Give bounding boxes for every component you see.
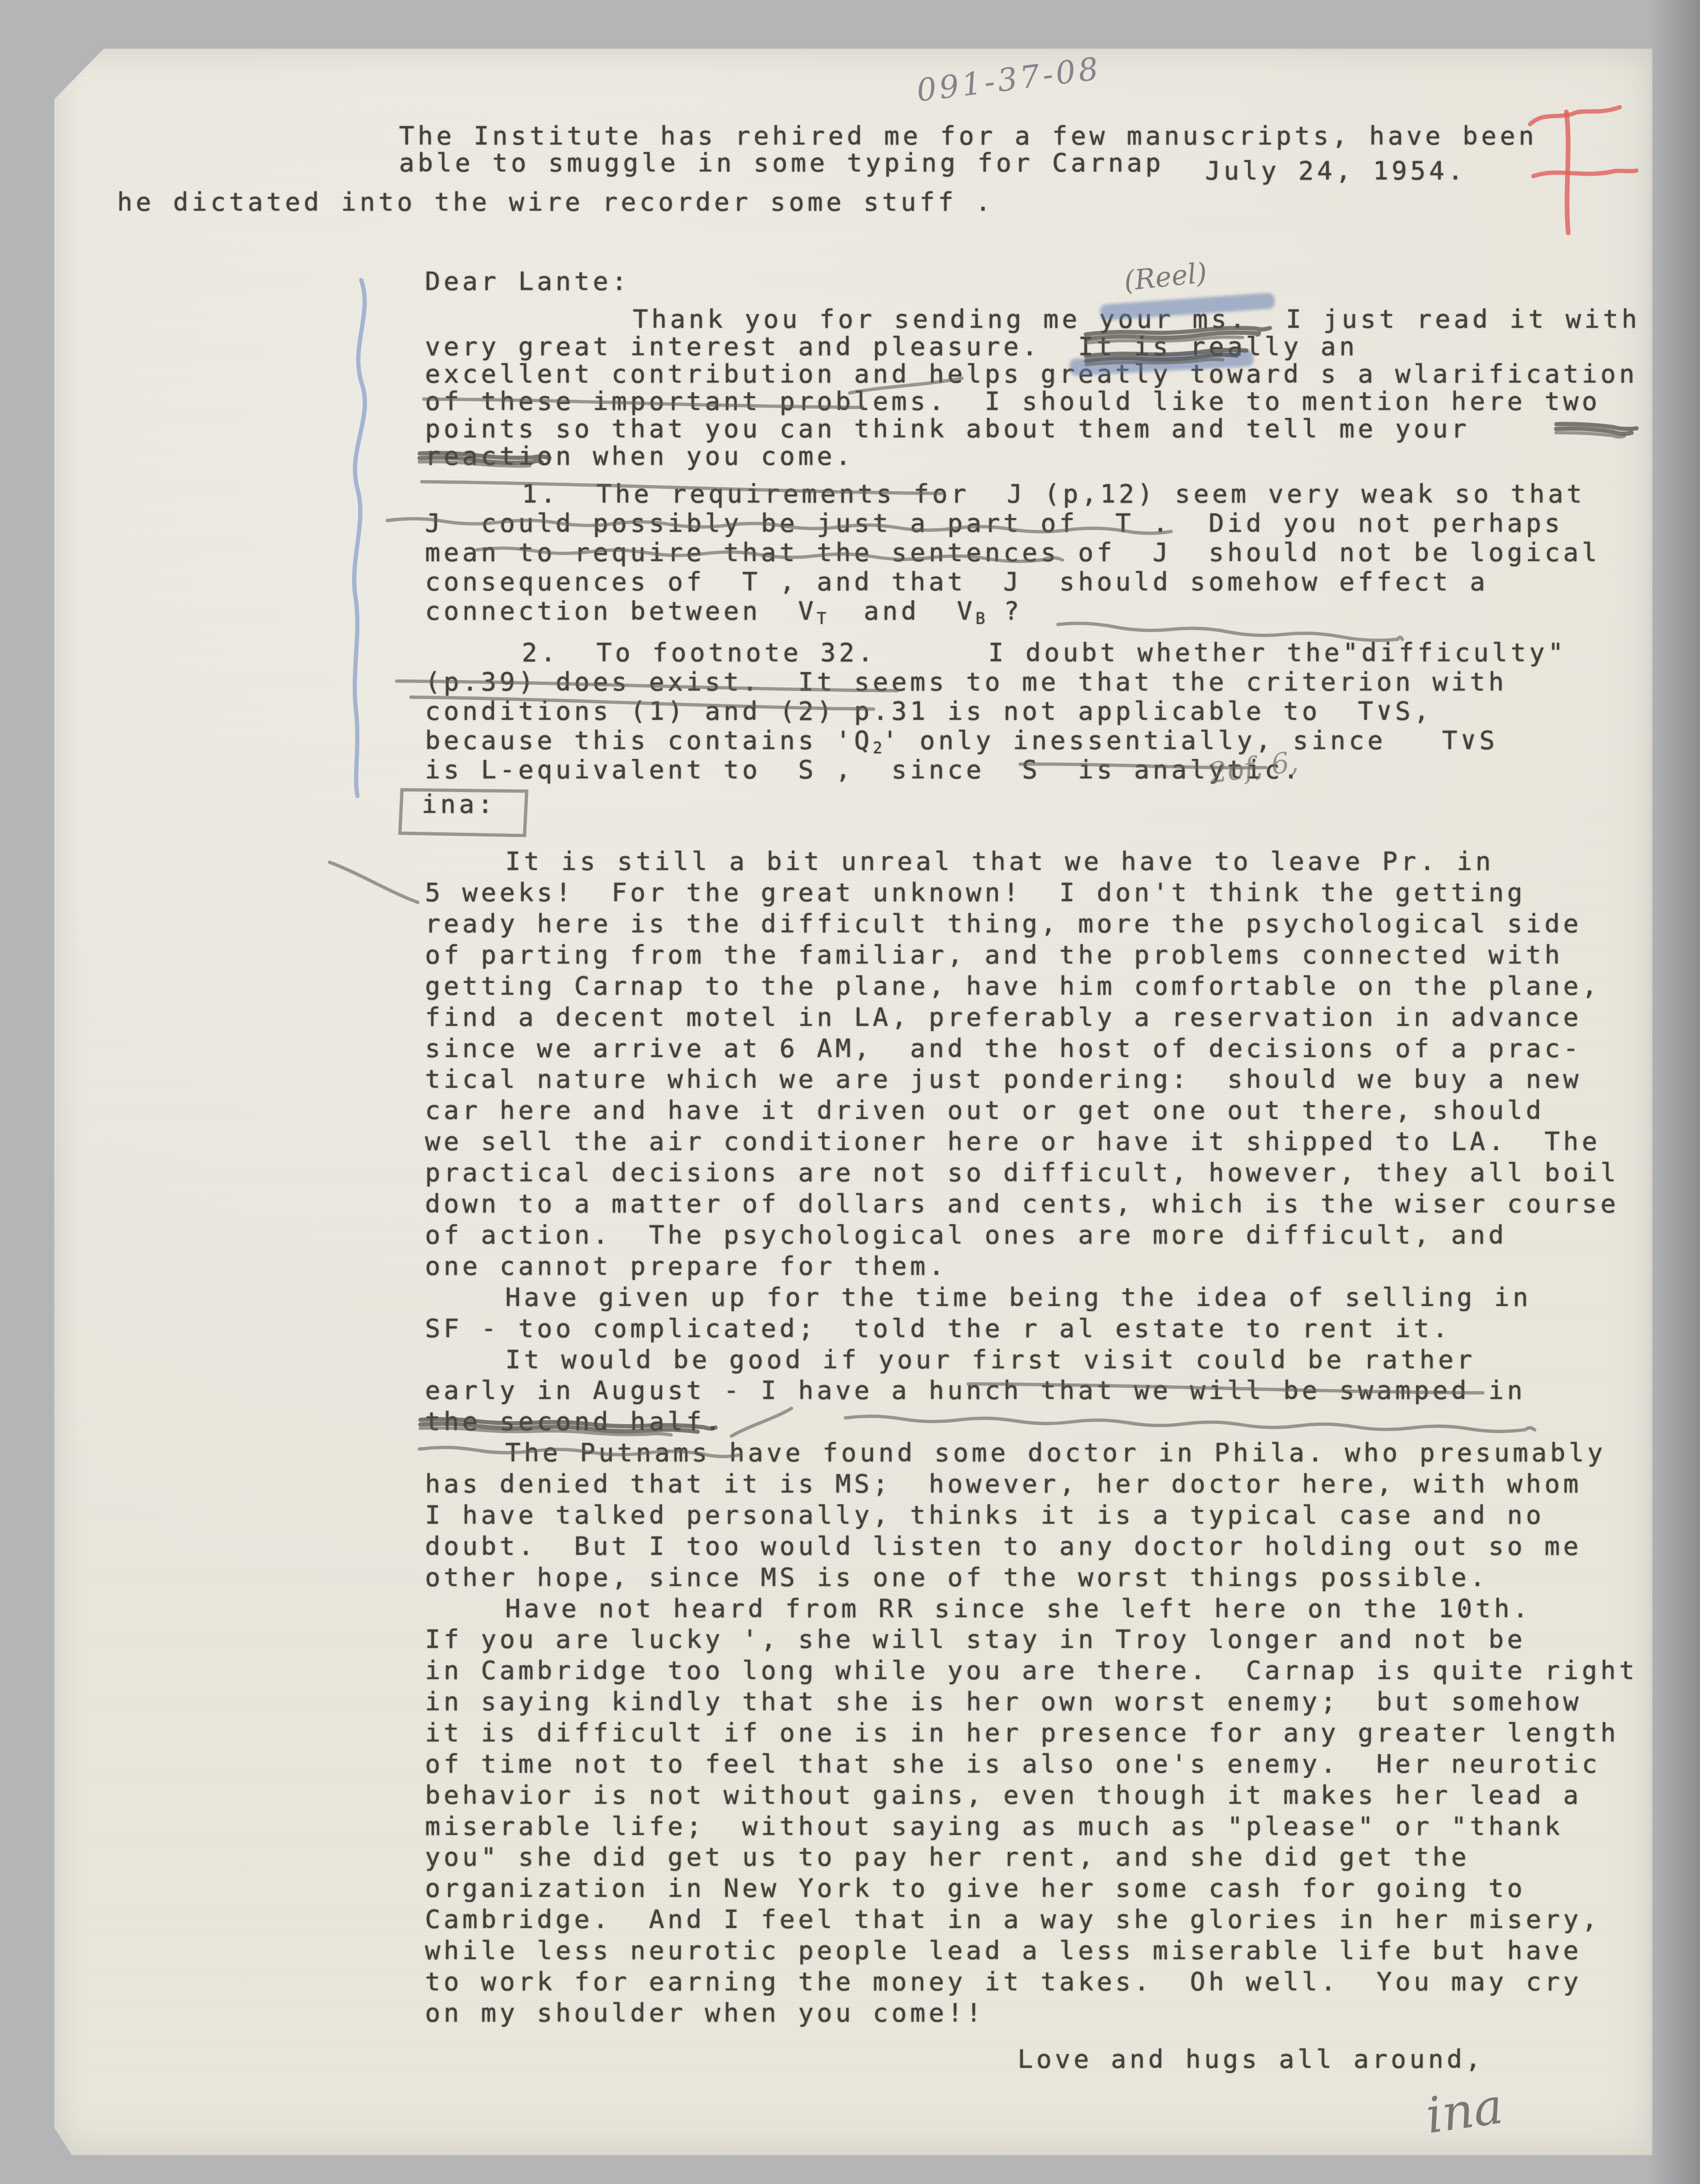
scan-edge-shadow (1648, 0, 1700, 2184)
underline-two (1555, 420, 1637, 449)
tail-second-half (730, 1405, 797, 1447)
signature-ina: ina (1422, 2077, 1506, 2144)
underline-tail-contribution (849, 375, 963, 404)
scanned-letter-screenshot: { "document": { "archive_code": "091-37-… (0, 0, 1700, 2184)
squiggle-vb (1057, 619, 1402, 654)
tail-ina-box (325, 858, 419, 913)
blue-crayon-under-it-is (1069, 350, 1254, 376)
squiggle-point-1 (387, 515, 1171, 545)
underline-second-half (419, 1443, 741, 1468)
pencil-smudge-your-ms (1086, 324, 1270, 352)
underline-reaction (422, 477, 942, 507)
underline-footnote-32a (397, 676, 898, 704)
underline-could-possibly (477, 544, 1062, 572)
underline-footnote-32b (411, 692, 874, 721)
underline-excellent-contribution (424, 394, 863, 420)
underline-first-visit (968, 1379, 1483, 1407)
underline-points (419, 450, 550, 482)
marks-layer (0, 0, 1700, 2184)
box-ina (399, 787, 529, 841)
underline-hunch-swamped (845, 1412, 1535, 1443)
underline-early-august (420, 1416, 715, 1445)
